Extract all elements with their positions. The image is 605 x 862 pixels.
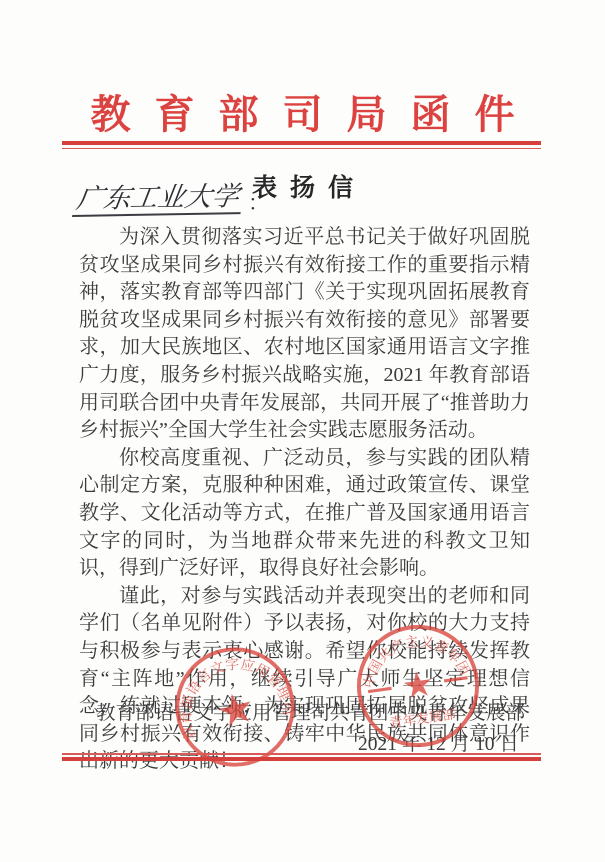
recipient-name-handwritten: 广东工业大学 (72, 181, 245, 217)
footer-rule-thin-line (62, 753, 541, 755)
youth-league-seal-graphic: 中国共产主义青年团 ★ 青年发展部 (346, 614, 491, 759)
header-rule-thick-line (62, 141, 541, 145)
salutation-colon: ： (248, 187, 269, 217)
seal-bottom-text: 青年发展部 (389, 706, 457, 731)
footer-rule (62, 753, 541, 761)
youth-league-seal: 中国共产主义青年团 ★ 青年发展部 (346, 614, 491, 759)
header-rule (62, 141, 541, 149)
paragraph-2: 你校高度重视、广泛动员，参与实践的团队精心制定方案，克服种种困难，通过政策宣传、… (79, 445, 530, 583)
star-icon: ★ (212, 683, 260, 738)
letterhead-title: 教育部司局函件 (0, 83, 605, 140)
footer-rule-thick-line (62, 757, 541, 761)
paragraph-1: 为深入贯彻落实习近平总书记关于做好巩固脱贫攻坚成果同乡村振兴有效衔接工作的重要指… (79, 224, 530, 445)
header-rule-thin-line (62, 148, 541, 150)
commendation-letter-page: 教育部司局函件 表扬信 广东工业大学： 为深入贯彻落实习近平总书记关于做好巩固脱… (0, 0, 605, 862)
salutation: 广东工业大学： (72, 184, 269, 224)
seal-right-bar (444, 676, 468, 682)
star-icon: ★ (399, 663, 436, 707)
